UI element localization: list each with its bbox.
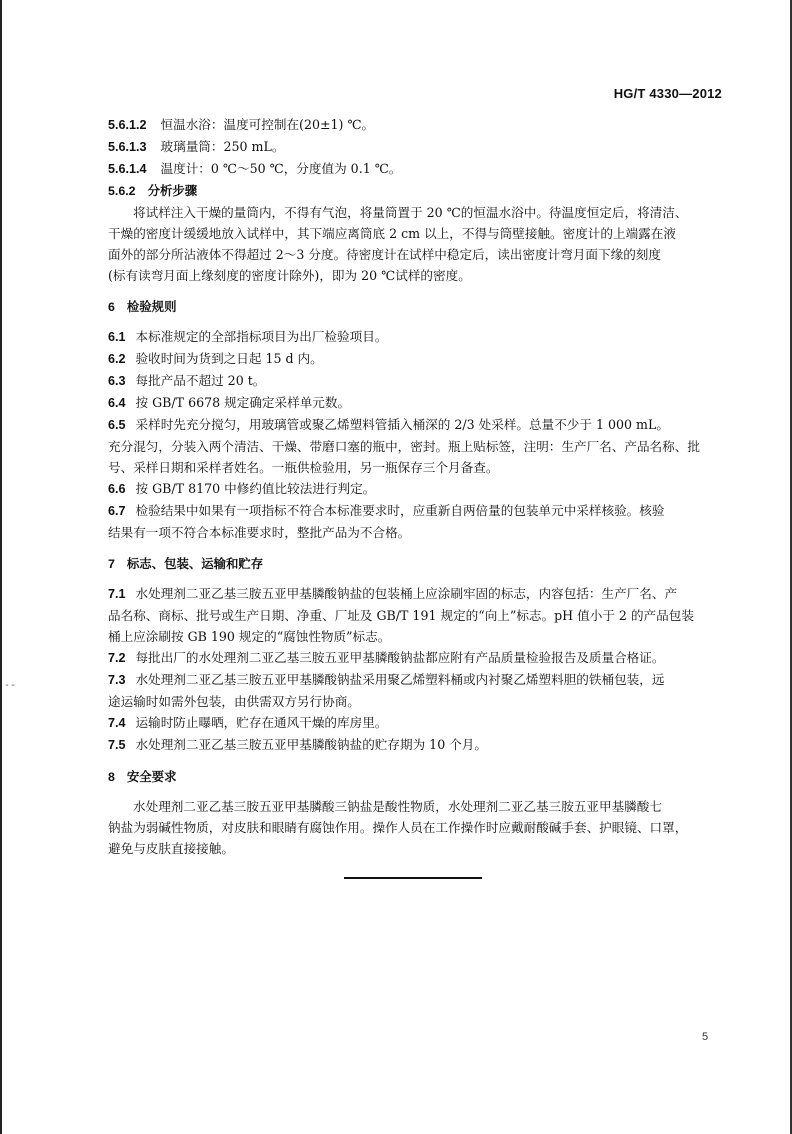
section-heading-7: 7标志、包装、运输和贮存: [108, 553, 726, 575]
paragraph-line: 面外的部分所沾液体不得超过 2～3 分度。待密度计在试样中稳定后，读出密度计弯月…: [108, 244, 726, 265]
clause-number: 6.7: [108, 501, 126, 522]
clause-number: 5.6.1.3: [108, 137, 147, 158]
clause-number: 5.6.1.4: [108, 159, 147, 180]
section-number: 7: [108, 554, 115, 575]
clause-6-2: 6.2验收时间为货到之日起 15 d 内。: [108, 348, 726, 370]
paragraph-line: 钠盐为弱碱性物质，对皮肤和眼睛有腐蚀作用。操作人员在工作操作时应戴耐酸碱手套、护…: [108, 817, 726, 838]
clause-text: 采样时先充分搅匀，用玻璃管或聚乙烯塑料管插入桶深的 2/3 处采样。总量不少于 …: [136, 417, 669, 432]
document-body: 5.6.1.2恒温水浴：温度可控制在(20±1) ℃。 5.6.1.3玻璃量筒：…: [108, 114, 726, 859]
clause-text: 检验结果中如果有一项指标不符合本标准要求时，应重新自两倍量的包装单元中采样核验。…: [136, 503, 665, 518]
clause-6-3: 6.3每批产品不超过 20 t。: [108, 370, 726, 392]
standard-code: HG/T 4330—2012: [614, 86, 722, 101]
clause-text: 每批出厂的水处理剂二亚乙基三胺五亚甲基膦酸钠盐都应附有产品质量检验报告及质量合格…: [136, 650, 665, 665]
clause-text: 玻璃量筒：250 mL。: [161, 139, 285, 154]
paragraph-line: (标有读弯月面上缘刻度的密度计除外)，即为 20 ℃试样的密度。: [108, 265, 726, 286]
section-heading-6: 6检验规则: [108, 296, 726, 318]
clause-6-7: 6.7检验结果中如果有一项指标不符合本标准要求时，应重新自两倍量的包装单元中采样…: [108, 500, 726, 543]
clause-6-1: 6.1本标准规定的全部指标项目为出厂检验项目。: [108, 326, 726, 348]
clause-7-2: 7.2每批出厂的水处理剂二亚乙基三胺五亚甲基膦酸钠盐都应附有产品质量检验报告及质…: [108, 647, 726, 669]
paragraph-line: 水处理剂二亚乙基三胺五亚甲基膦酸三钠盐是酸性物质，水处理剂二亚乙基三胺五亚甲基膦…: [108, 796, 726, 817]
clause-6-5: 6.5采样时先充分搅匀，用玻璃管或聚乙烯塑料管插入桶深的 2/3 处采样。总量不…: [108, 414, 726, 478]
safety-paragraph: 水处理剂二亚乙基三胺五亚甲基膦酸三钠盐是酸性物质，水处理剂二亚乙基三胺五亚甲基膦…: [108, 796, 726, 859]
clause-text: 本标准规定的全部指标项目为出厂检验项目。: [136, 329, 388, 344]
page-number: 5: [702, 1031, 708, 1043]
clause-text: 按 GB/T 8170 中修约值比较法进行判定。: [136, 481, 376, 496]
clause-number: 6.4: [108, 393, 126, 414]
section-title: 标志、包装、运输和贮存: [127, 556, 263, 571]
clause-number: 6.2: [108, 349, 126, 370]
clause-text-continued: 途运输时如需外包装，由供需双方另行协商。: [108, 691, 726, 712]
clause-text-continued: 结果有一项不符合本标准要求时，整批产品为不合格。: [108, 522, 726, 543]
clause-7-1: 7.1水处理剂二亚乙基三胺五亚甲基膦酸钠盐的包装桶上应涂刷牢固的标志，内容包括：…: [108, 583, 726, 647]
subsection-title: 分析步骤: [148, 183, 198, 198]
scan-edge-left: [0, 0, 2, 1134]
paragraph-line: 干燥的密度计缓缓地放入试样中，其下端应离筒底 2 cm 以上，不得与筒壁接触。密…: [108, 223, 726, 244]
section-number: 8: [108, 767, 115, 788]
end-of-document-rule: [344, 877, 482, 879]
clause-text-continued: 号、采样日期和采样者姓名。一瓶供检验用，另一瓶保存三个月备查。: [108, 457, 726, 478]
section-title: 安全要求: [127, 769, 177, 784]
clause-text-continued: 品名称、商标、批号或生产日期、净重、厂址及 GB/T 191 规定的“向上”标志…: [108, 605, 726, 626]
clause-number: 7.5: [108, 735, 126, 756]
clause-6-4: 6.4按 GB/T 6678 规定确定采样单元数。: [108, 392, 726, 414]
section-number: 6: [108, 297, 115, 318]
clause-number: 7.2: [108, 648, 126, 669]
clause-text-continued: 桶上应涂刷按 GB 190 规定的“腐蚀性物质”标志。: [108, 626, 726, 647]
clause-number: 6.6: [108, 479, 126, 500]
clause-text: 验收时间为货到之日起 15 d 内。: [136, 351, 323, 366]
analysis-steps-paragraph: 将试样注入干燥的量筒内，不得有气泡，将量筒置于 20 ℃的恒温水浴中。待温度恒定…: [108, 202, 726, 286]
paragraph-line: 将试样注入干燥的量筒内，不得有气泡，将量筒置于 20 ℃的恒温水浴中。待温度恒定…: [108, 202, 726, 223]
clause-text: 恒温水浴：温度可控制在(20±1) ℃。: [161, 117, 375, 132]
clause-number: 7.4: [108, 713, 126, 734]
clause-text: 每批产品不超过 20 t。: [136, 373, 266, 388]
clause-number: 7.3: [108, 670, 126, 691]
clause-text: 水处理剂二亚乙基三胺五亚甲基膦酸钠盐的包装桶上应涂刷牢固的标志，内容包括：生产厂…: [136, 586, 678, 601]
clause-text: 温度计：0 ℃～50 ℃，分度值为 0.1 ℃。: [161, 161, 402, 176]
clause-text-continued: 充分混匀，分装入两个清洁、干燥、带磨口塞的瓶中，密封。瓶上贴标签，注明：生产厂名…: [108, 436, 726, 457]
clause-5-6-1-2: 5.6.1.2恒温水浴：温度可控制在(20±1) ℃。: [108, 114, 726, 136]
clause-number: 5.6.1.2: [108, 115, 147, 136]
clause-6-6: 6.6按 GB/T 8170 中修约值比较法进行判定。: [108, 478, 726, 500]
clause-number: 7.1: [108, 584, 126, 605]
subsection-number: 5.6.2: [108, 181, 136, 202]
clause-text: 水处理剂二亚乙基三胺五亚甲基膦酸钠盐的贮存期为 10 个月。: [136, 737, 487, 752]
clause-5-6-1-4: 5.6.1.4温度计：0 ℃～50 ℃，分度值为 0.1 ℃。: [108, 158, 726, 180]
paragraph-line: 避免与皮肤直接接触。: [108, 838, 726, 859]
clause-text: 按 GB/T 6678 规定确定采样单元数。: [136, 395, 351, 410]
clause-7-4: 7.4运输时防止曝晒，贮存在通风干燥的库房里。: [108, 712, 726, 734]
subsection-heading-5-6-2: 5.6.2分析步骤: [108, 180, 726, 202]
section-heading-8: 8安全要求: [108, 766, 726, 788]
clause-text: 水处理剂二亚乙基三胺五亚甲基膦酸钠盐采用聚乙烯塑料桶或内衬聚乙烯塑料胆的铁桶包装…: [136, 672, 665, 687]
clause-text: 运输时防止曝晒，贮存在通风干燥的库房里。: [136, 715, 388, 730]
section-title: 检验规则: [127, 299, 177, 314]
clause-number: 6.3: [108, 371, 126, 392]
clause-7-3: 7.3水处理剂二亚乙基三胺五亚甲基膦酸钠盐采用聚乙烯塑料桶或内衬聚乙烯塑料胆的铁…: [108, 669, 726, 712]
clause-number: 6.1: [108, 327, 126, 348]
clause-number: 6.5: [108, 415, 126, 436]
clause-7-5: 7.5水处理剂二亚乙基三胺五亚甲基膦酸钠盐的贮存期为 10 个月。: [108, 734, 726, 756]
binding-mark: --: [4, 680, 16, 691]
clause-5-6-1-3: 5.6.1.3玻璃量筒：250 mL。: [108, 136, 726, 158]
